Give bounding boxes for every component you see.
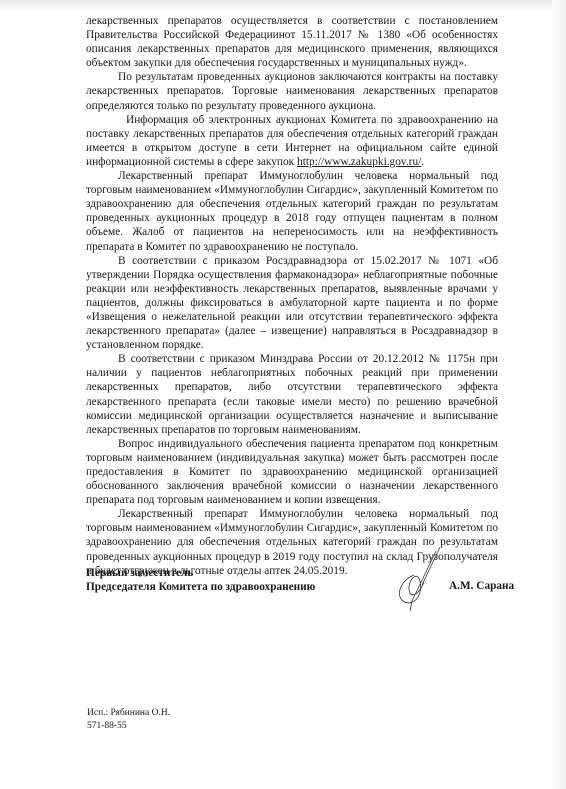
paragraph-minzdrav-order: В соответствии с приказом Минздрава Росс… bbox=[86, 352, 498, 437]
signatory-name: А.М. Сарана bbox=[449, 580, 514, 592]
page-top-shadow bbox=[0, 0, 566, 12]
paragraph-auction-results: По результатам проведенных аукционов зак… bbox=[86, 70, 498, 112]
letter-body: лекарственных препаратов осуществляется … bbox=[86, 14, 498, 578]
executor-name: Исп.: Рябинина О.Н. bbox=[87, 707, 170, 720]
executor-info: Исп.: Рябинина О.Н. 571-88-55 bbox=[87, 707, 170, 733]
handwritten-signature-icon bbox=[392, 545, 452, 613]
paragraph-2018-supply: Лекарственный препарат Иммуноглобулин че… bbox=[86, 169, 498, 254]
paragraph-roszdravnadzor-order: В соответствии с приказом Росздравнадзор… bbox=[86, 254, 498, 353]
executor-phone: 571-88-55 bbox=[87, 720, 170, 733]
zakupki-link[interactable]: http://www.zakupki.gov.ru/ bbox=[297, 156, 421, 168]
paragraph-individual-procurement: Вопрос индивидуального обеспечения пацие… bbox=[86, 437, 498, 507]
auction-info-text: Информация об электронных аукционах Коми… bbox=[86, 114, 498, 168]
auction-info-end: . bbox=[421, 156, 424, 168]
paragraph-procurement-rules: лекарственных препаратов осуществляется … bbox=[86, 14, 498, 70]
paragraph-auction-info: Информация об электронных аукционах Коми… bbox=[86, 113, 498, 169]
page-right-edge bbox=[552, 0, 566, 789]
